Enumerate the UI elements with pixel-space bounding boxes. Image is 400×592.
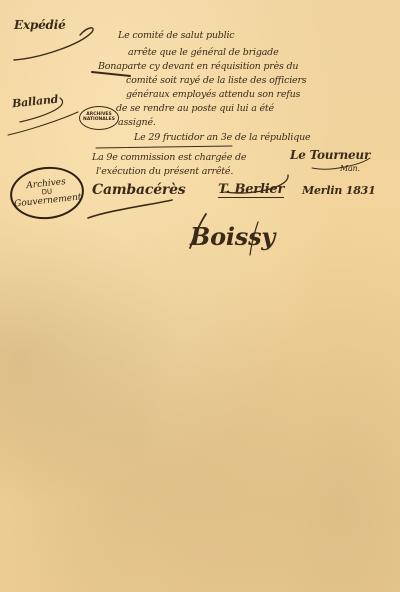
signature-le-tourneur-sub: Man. — [340, 164, 360, 173]
commission-line-1: La 9e commission est chargée de — [92, 152, 246, 163]
margin-note-expedie: Expédié — [14, 18, 66, 32]
signature-cambaceres: Cambacérès — [92, 182, 186, 198]
body-line-5: généraux employés attendu son refus — [126, 89, 300, 100]
signature-berlier: T. Berlier — [218, 182, 284, 198]
stamp-large-line-3: Gouvernement — [14, 193, 82, 209]
body-line-7: assigné. — [118, 117, 156, 128]
signature-boissy: Boissy — [190, 222, 275, 251]
signature-le-tourneur: Le Tourneur — [290, 148, 370, 162]
body-line-4: comité soit rayé de la liste des officie… — [126, 75, 306, 86]
body-line-1: Le comité de salut public — [118, 30, 234, 41]
stamp-archives-nationales: ARCHIVES NATIONALES — [79, 106, 119, 130]
body-line-3: Bonaparte cy devant en réquisition près … — [98, 61, 298, 72]
date-line: Le 29 fructidor an 3e de la république — [134, 132, 310, 143]
body-line-2: arrête que le général de brigade — [128, 47, 279, 58]
body-line-6: de se rendre au poste qui lui a été — [116, 103, 274, 114]
commission-line-2: l'exécution du présent arrêté. — [96, 166, 233, 177]
stamp-small-line-2: NATIONALES — [83, 118, 115, 123]
annotation-merlin: Merlin 1831 — [302, 184, 376, 197]
